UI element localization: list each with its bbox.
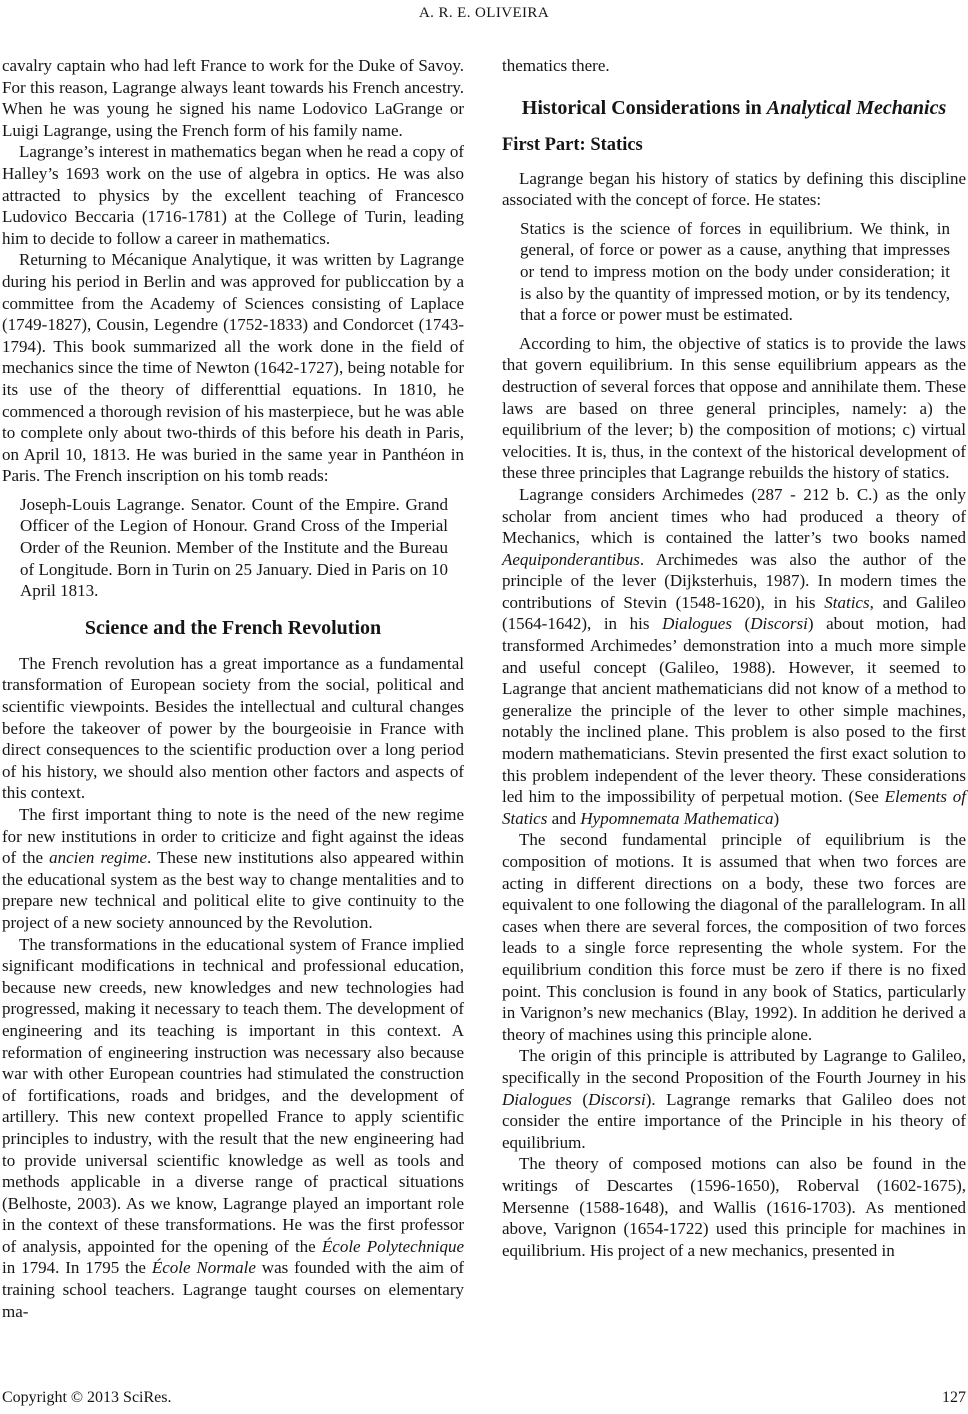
block-quote: Statics is the science of forces in equi… [520, 218, 950, 326]
text-run: Returning to Mécanique Analytique, it wa… [2, 250, 464, 485]
text-run: The origin of this principle is attribut… [502, 1046, 966, 1087]
paragraph: The second fundamental principle of equi… [502, 829, 966, 1045]
page-number: 127 [942, 1388, 966, 1408]
running-head: A. R. E. OLIVEIRA [2, 5, 966, 22]
text-run: The theory of composed motions can also … [502, 1154, 966, 1259]
block-quote: Joseph-Louis Lagrange. Senator. Count of… [20, 494, 448, 602]
subsection-heading: First Part: Statics [502, 134, 966, 157]
text-run: and [547, 809, 580, 828]
copyright-text: Copyright © 2013 SciRes. [2, 1388, 172, 1408]
italic-text-run: Dialogues [502, 1090, 572, 1109]
italic-text-run: ancien regime [49, 848, 147, 867]
italic-text-run: Aequiponderantibus [502, 550, 640, 569]
text-run: cavalry captain who had left France to w… [2, 56, 464, 140]
paragraph: Lagrange considers Archimedes (287 - 212… [502, 484, 966, 830]
text-run: The transformations in the educational s… [2, 935, 464, 1256]
paragraph: The French revolution has a great import… [2, 653, 464, 804]
text-run: ) about motion, had transformed Archimed… [502, 614, 966, 806]
italic-text-run: Dialogues [662, 614, 732, 633]
text-run: in 1794. In 1795 the [2, 1258, 152, 1277]
text-run: ( [732, 614, 750, 633]
text-run: Lagrange began his history of statics by… [502, 169, 966, 210]
paragraph: The theory of composed motions can also … [502, 1153, 966, 1261]
paragraph: The first important thing to note is the… [2, 804, 464, 934]
text-run: Lagrange’s interest in mathematics began… [2, 142, 464, 247]
section-heading: Science and the French Revolution [2, 616, 464, 641]
paragraph: The transformations in the educational s… [2, 934, 464, 1323]
paragraph: The origin of this principle is attribut… [502, 1045, 966, 1153]
italic-text-run: Analytical Mechanics [767, 97, 946, 119]
italic-text-run: École Polytechnique [322, 1237, 464, 1256]
italic-text-run: Discorsi [588, 1090, 646, 1109]
text-run: Science and the French Revolution [85, 617, 381, 639]
left-column: cavalry captain who had left France to w… [2, 55, 464, 1322]
right-column: thematics there.Historical Consideration… [502, 55, 966, 1322]
text-run: First Part: Statics [502, 135, 643, 155]
paragraph: Returning to Mécanique Analytique, it wa… [2, 249, 464, 487]
italic-text-run: Discorsi [750, 614, 808, 633]
paragraph-continuation: cavalry captain who had left France to w… [2, 55, 464, 141]
text-run: Joseph-Louis Lagrange. Senator. Count of… [20, 495, 448, 600]
paragraph: Lagrange’s interest in mathematics began… [2, 141, 464, 249]
paragraph-continuation: thematics there. [502, 55, 966, 77]
text-run: The French revolution has a great import… [2, 654, 464, 803]
text-run: The second fundamental principle of equi… [502, 830, 966, 1043]
text-run: Statics is the science of forces in equi… [520, 219, 950, 324]
italic-text-run: Hypomnemata Mathematica [580, 809, 773, 828]
article-section-title: Historical Considerations in Analytical … [502, 96, 966, 121]
paragraph: According to him, the objective of stati… [502, 333, 966, 484]
paper-page: A. R. E. OLIVEIRA cavalry captain who ha… [0, 0, 968, 1414]
footer: Copyright © 2013 SciRes. 127 [2, 1388, 966, 1408]
text-run: ) [773, 809, 779, 828]
text-run: According to him, the objective of stati… [502, 334, 966, 483]
text-run: Historical Considerations in [522, 97, 767, 119]
text-run: Lagrange considers Archimedes (287 - 212… [502, 485, 966, 547]
paragraph: Lagrange began his history of statics by… [502, 168, 966, 211]
two-column-body: cavalry captain who had left France to w… [2, 55, 966, 1322]
italic-text-run: Statics [824, 593, 869, 612]
text-run: thematics there. [502, 56, 610, 75]
italic-text-run: École Normale [152, 1258, 256, 1277]
text-run: ( [572, 1090, 588, 1109]
